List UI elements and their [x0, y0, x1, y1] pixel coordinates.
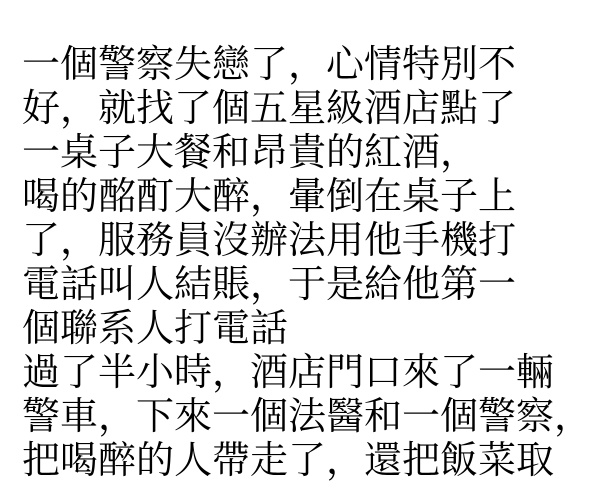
- text-line: 好，就找了個五星級酒店點了: [22, 86, 600, 130]
- text-line: 過了半小時，酒店門口來了一輛: [22, 350, 600, 394]
- text-line: 警車，下來一個法醫和一個警察，: [22, 394, 600, 438]
- text-line: 了，服務員沒辦法用他手機打: [22, 218, 600, 262]
- text-line: 喝的酩酊大醉，暈倒在桌子上: [22, 174, 600, 218]
- text-line-clipped: 把喝醉的人帶走了，還把飯菜取: [22, 438, 600, 482]
- text-line: 個聯系人打電話: [22, 306, 600, 350]
- story-text: 一個警察失戀了，心情特別不 好，就找了個五星級酒店點了 一桌子大餐和昂貴的紅酒，…: [22, 42, 600, 482]
- text-line: 一個警察失戀了，心情特別不: [22, 42, 600, 86]
- text-line: 電話叫人結賬，于是給他第一: [22, 262, 600, 306]
- text-line: 一桌子大餐和昂貴的紅酒，: [22, 130, 600, 174]
